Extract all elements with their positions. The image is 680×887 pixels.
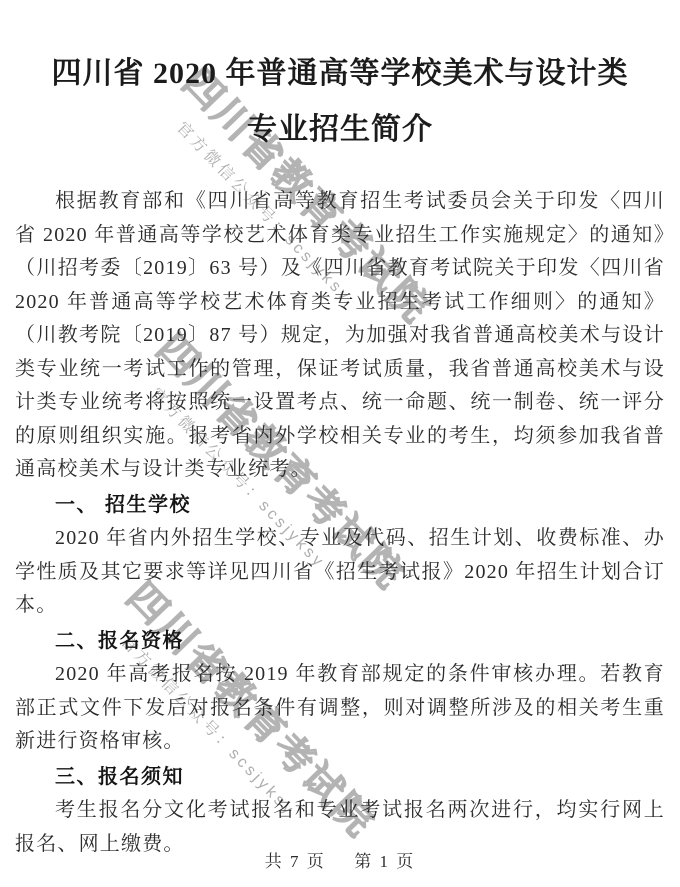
- section-body-enrolling-schools: 2020 年省内外招生学校、专业及代码、招生计划、收费标准、办学性质及其它要求等…: [15, 522, 665, 623]
- section-heading-enrolling-schools: 一、 招生学校: [15, 489, 665, 523]
- page-title-line1: 四川省 2020 年普通高等学校美术与设计类: [15, 46, 665, 102]
- section-heading-registration-eligibility: 二、报名资格: [15, 625, 665, 659]
- footer-current-page: 第 1 页: [354, 852, 415, 871]
- section-heading-registration-notes: 三、报名须知: [15, 761, 665, 795]
- intro-paragraph: 根据教育部和《四川省高等教育招生考试委员会关于印发〈四川省 2020 年普通高等…: [15, 185, 665, 487]
- footer-total-pages: 共 7 页: [265, 852, 326, 871]
- page-title: 四川省 2020 年普通高等学校美术与设计类 专业招生简介: [15, 46, 665, 158]
- page-footer: 共 7 页 第 1 页: [0, 847, 680, 872]
- section-body-registration-eligibility: 2020 年高考报名按 2019 年教育部规定的条件审核办理。若教育部正式文件下…: [15, 658, 665, 759]
- page-title-line2: 专业招生简介: [15, 102, 665, 158]
- document-content: 四川省 2020 年普通高等学校美术与设计类 专业招生简介 根据教育部和《四川省…: [0, 0, 680, 861]
- document-page: 四川省教育考试院 官方微信公众号：scsjyksy 四川省教育考试院 官方微信公…: [0, 0, 680, 887]
